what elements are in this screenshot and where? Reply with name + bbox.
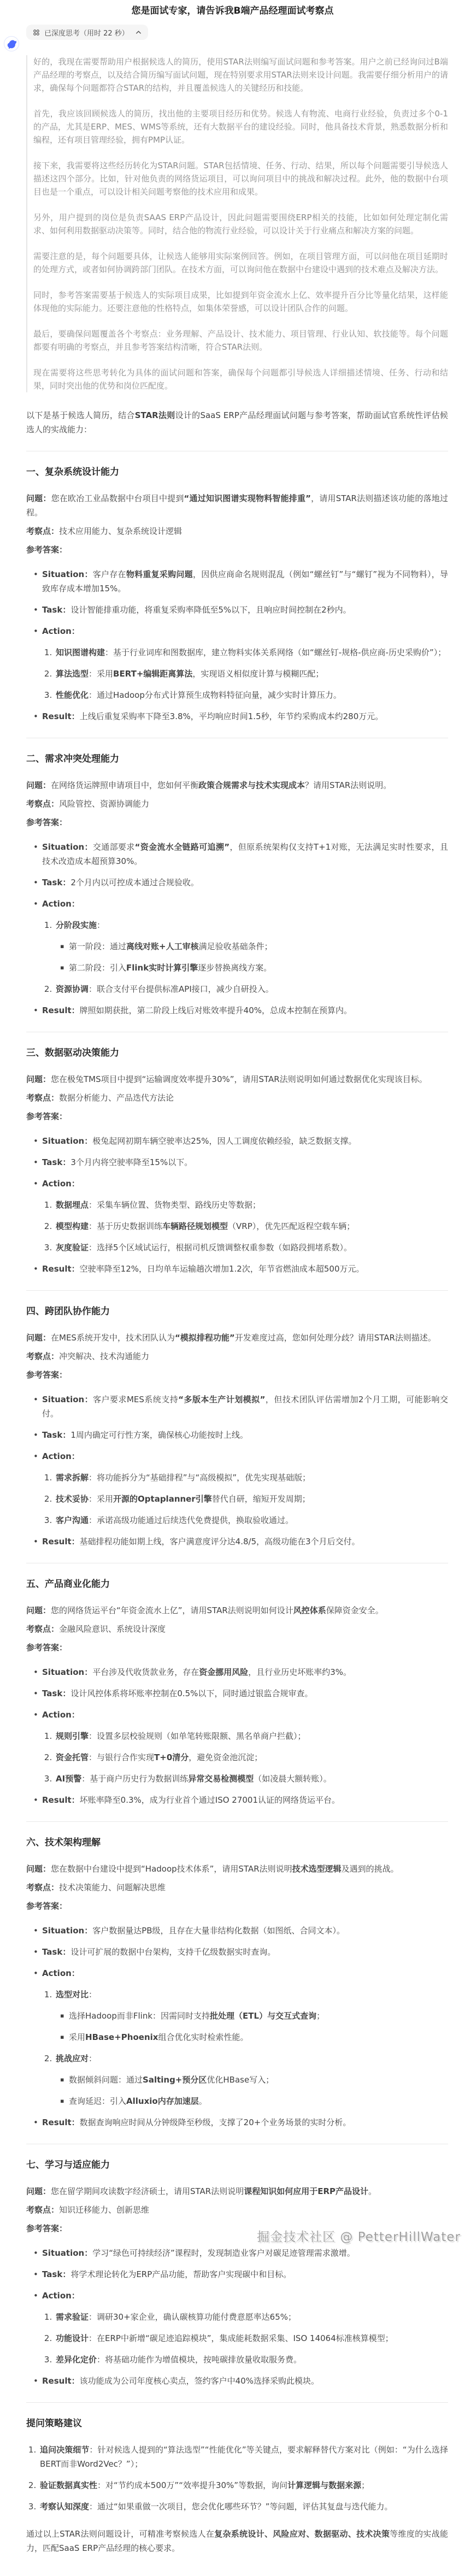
star-item: Task：设计可扩展的数据中台架构，支持千亿级数据实时查询。	[42, 1945, 448, 1959]
star-item: Action：分阶段实施：第一阶段：通过离线对账+人工审核满足验收基础条件；第二…	[42, 897, 448, 996]
star-list: Situation：极兔起网初期车辆空驶率达25%，因人工调度依赖经验，缺乏数据…	[26, 1134, 448, 1276]
answer-label: 参考答案：	[26, 1368, 448, 1382]
thinking-paragraph: 同时，参考答案需要基于候选人的实际项目成果，比如提到年资金流水上亿、效率提升百分…	[33, 289, 448, 315]
sub-item: 第一阶段：通过离线对账+人工审核满足验收基础条件；	[69, 939, 448, 954]
action-list: 规则引擎：设置多层校验规则（如单笔转账限额、黑名单商户拦截）；资金托管：与银行合…	[42, 1729, 448, 1786]
star-item: Situation：交通部要求“资金流水全链路可追溯”，但原系统架构仅支持T+1…	[42, 840, 448, 868]
action-item: 选型对比：选择Hadoop而非Flink：因需同时支持批处理（ETL）与交互式查…	[55, 1987, 448, 2044]
section-heading: 六、技术架构理解	[26, 1836, 448, 1849]
sub-item: 第二阶段：引入Flink实时计算引擎逐步替换离线方案。	[69, 961, 448, 975]
action-list: 数据埋点：采集车辆位置、货物类型、路线历史等数据；模型构建：基于历史数据训练车辆…	[42, 1198, 448, 1255]
focus-line: 考察点：技术决策能力、问题解决思维	[26, 1880, 448, 1895]
action-item: 挑战应对：数据倾斜问题：通过Salting+预分区优化HBase写入；查询延迟：…	[55, 2051, 448, 2108]
question-line: 问题：您的网络货运平台“年资金流水上亿”，请用STAR法则说明如何设计风控体系保…	[26, 1603, 448, 1618]
star-list: Situation：平台涉及代收货款业务，存在资金挪用风险，且行业历史坏账率约3…	[26, 1665, 448, 1807]
section-heading: 四、跨团队协作能力	[26, 1305, 448, 1318]
focus-line: 考察点：技术应用能力、复杂系统设计逻辑	[26, 524, 448, 538]
star-item: Action：规则引擎：设置多层校验规则（如单笔转账限额、黑名单商户拦截）；资金…	[42, 1708, 448, 1786]
star-item: Result：基础排程功能如期上线，客户满意度评分达4.8/5，高级功能在3个月…	[42, 1534, 448, 1549]
action-item: AI预警：基于商户历史行为数据训练异常交易检测模型（如凌晨大额转账）。	[55, 1772, 448, 1786]
section-heading: 三、数据驱动决策能力	[26, 1046, 448, 1060]
deepthink-icon	[33, 29, 40, 36]
action-item: 算法选型：采用BERT+编辑距离算法，实现语义相似度计算与模糊匹配；	[55, 667, 448, 681]
chevron-up-icon	[136, 30, 142, 36]
question-line: 问题：您在留学期间攻读数字经济硕士，请用STAR法则说明课程知识如何应用于ERP…	[26, 2184, 448, 2198]
action-list: 需求拆解：将功能拆分为“基础排程”与“高级模拟”，优先实现基础版；技术妥协：采用…	[42, 1471, 448, 1527]
star-item: Result：牌照如期获批，第二阶段上线后对账效率提升40%，总成本控制在预算内…	[42, 1003, 448, 1018]
star-item: Situation：客户数据量达PB级，且存在大量非结构化数据（如图纸、合同文本…	[42, 1924, 448, 1938]
section-divider	[26, 738, 448, 738]
action-list: 分阶段实施：第一阶段：通过离线对账+人工审核满足验收基础条件；第二阶段：引入Fl…	[42, 918, 448, 996]
deep-thought-toggle[interactable]: 已深度思考（用时 22 秒）	[26, 25, 148, 40]
thinking-block: 好的，我现在需要帮助用户根据候选人的简历，使用STAR法则编写面试问题和参考答案…	[26, 55, 448, 392]
section-divider	[26, 2144, 448, 2144]
action-item: 需求拆解：将功能拆分为“基础排程”与“高级模拟”，优先实现基础版；	[55, 1471, 448, 1485]
action-item: 差异化定价：将基础功能作为增值模块，按吨碳排放量收取服务费。	[55, 2352, 448, 2367]
user-question-title: 您是面试专家，请告诉我B端产品经理面试考察点	[0, 0, 465, 17]
star-item: Action：选型对比：选择Hadoop而非Flink：因需同时支持批处理（ET…	[42, 1966, 448, 2108]
action-item: 功能设计：在ERP中新增“碳足迹追踪模块”，集成能耗数据采集、ISO 14064…	[55, 2331, 448, 2345]
star-item: Task：将学术理论转化为ERP产品功能，帮助客户实现碳中和目标。	[42, 2267, 448, 2281]
question-line: 问题：在MES系统开发中，技术团队认为“模拟排程功能”开发难度过高，您如何处理分…	[26, 1331, 448, 1345]
star-item: Situation：极兔起网初期车辆空驶率达25%，因人工调度依赖经验，缺乏数据…	[42, 1134, 448, 1148]
section-divider	[26, 1563, 448, 1563]
deep-thought-label: 已深度思考（用时 22 秒）	[44, 27, 129, 38]
action-item: 技术妥协：采用开源的Optaplanner引擎替代自研，缩短开发周期；	[55, 1492, 448, 1506]
sub-item: 数据倾斜问题：通过Salting+预分区优化HBase写入；	[69, 2073, 448, 2087]
thinking-paragraph: 另外，用户提到的岗位是负责SAAS ERP产品设计，因此问题需要围绕ERP相关的…	[33, 211, 448, 237]
star-item: Task：设计风控体系将坏账率控制在0.5%以下，同时通过银监合规审查。	[42, 1686, 448, 1701]
action-item: 数据埋点：采集车辆位置、货物类型、路线历史等数据；	[55, 1198, 448, 1212]
star-item: Action：需求验证：调研30+家企业，确认碳核算功能付费意愿率达65%；功能…	[42, 2289, 448, 2367]
thinking-paragraph: 最后，要确保问题覆盖各个考察点：业务理解、产品设计、技术能力、项目管理、行业认知…	[33, 327, 448, 354]
action-item: 需求验证：调研30+家企业，确认碳核算功能付费意愿率达65%；	[55, 2310, 448, 2324]
thinking-paragraph: 接下来，我需要将这些经历转化为STAR问题。STAR包括情境、任务、行动、结果，…	[33, 159, 448, 198]
action-item: 规则引擎：设置多层校验规则（如单笔转账限额、黑名单商户拦截）；	[55, 1729, 448, 1743]
sub-item: 选择Hadoop而非Flink：因需同时支持批处理（ETL）与交互式查询；	[69, 2009, 448, 2023]
question-line: 问题：在网络货运牌照申请项目中，您如何平衡政策合规需求与技术实现成本？请用STA…	[26, 778, 448, 792]
star-list: Situation：客户要求MES系统支持“多版本生产计划模拟”，但技术团队评估…	[26, 1392, 448, 1549]
section-divider	[26, 1821, 448, 1822]
question-line: 问题：您在数据中台建设中提到“Hadoop技术体系”，请用STAR法则说明技术选…	[26, 1862, 448, 1876]
focus-line: 考察点：冲突解决、技术沟通能力	[26, 1349, 448, 1363]
closing-paragraph: 通过以上STAR法则问题设计，可精准考察候选人在复杂系统设计、风险应对、数据驱动…	[26, 2527, 448, 2555]
action-item: 灰度验证：选择5个区域试运行，根据司机反馈调整权重参数（如路段拥堵系数）。	[55, 1240, 448, 1255]
star-item: Task：1周内确定可行性方案，确保核心功能按时上线。	[42, 1428, 448, 1442]
star-item: Action：数据埋点：采集车辆位置、货物类型、路线历史等数据；模型构建：基于历…	[42, 1177, 448, 1255]
thinking-paragraph: 好的，我现在需要帮助用户根据候选人的简历，使用STAR法则编写面试问题和参考答案…	[33, 55, 448, 95]
section-heading: 一、复杂系统设计能力	[26, 466, 448, 479]
action-list: 知识图谱构建：基于行业词库和图数据库，建立物料实体关系网络（如“螺丝钉-规格-供…	[42, 645, 448, 702]
star-item: Task：2个月内以可控成本通过合规验收。	[42, 875, 448, 890]
star-item: Situation：学习“绿色可持续经济”课程时，发现制造业客户对碳足迹管理需求…	[42, 2246, 448, 2260]
star-item: Task：3个月内将空驶率降至15%以下。	[42, 1155, 448, 1169]
sub-list: 数据倾斜问题：通过Salting+预分区优化HBase写入；查询延迟：引入All…	[56, 2073, 448, 2108]
star-item: Result：空驶率降至12%，日均单车运输趟次增加1.2次，年节省燃油成本超5…	[42, 1262, 448, 1276]
answer-label: 参考答案：	[26, 1899, 448, 1913]
question-line: 问题：您在欧冶工业品数据中台项目中提到“通过知识图谱实现物料智能排重”，请用ST…	[26, 491, 448, 520]
star-item: Situation：客户要求MES系统支持“多版本生产计划模拟”，但技术团队评估…	[42, 1392, 448, 1421]
assistant-avatar	[4, 36, 19, 51]
answer-label: 参考答案：	[26, 543, 448, 557]
strategy-item: 验证数据真实性：对“节约成本500万”“效率提升30%”等数据，询问计算逻辑与数…	[39, 2478, 448, 2492]
action-item: 模型构建：基于历史数据训练车辆路径规划模型（VRP），优先匹配返程空载车辆；	[55, 1219, 448, 1233]
action-item: 分阶段实施：第一阶段：通过离线对账+人工审核满足验收基础条件；第二阶段：引入Fl…	[55, 918, 448, 975]
focus-line: 考察点：风险管控、资源协调能力	[26, 797, 448, 811]
section-heading: 五、产品商业化能力	[26, 1578, 448, 1591]
star-item: Action：知识图谱构建：基于行业词库和图数据库，建立物料实体关系网络（如“螺…	[42, 624, 448, 702]
sub-list: 第一阶段：通过离线对账+人工审核满足验收基础条件；第二阶段：引入Flink实时计…	[56, 939, 448, 975]
star-item: Result：该功能成为公司年度核心卖点，签约客户中40%选择采购此模块。	[42, 2374, 448, 2388]
focus-line: 考察点：金融风险意识、系统设计深度	[26, 1622, 448, 1636]
star-item: Situation：客户存在物料重复采购问题，因供应商命名规则混乱（例如“螺丝钉…	[42, 567, 448, 596]
strategy-item: 追问决策细节：针对候选人提到的“算法选型”“性能优化”等关键点，要求解释替代方案…	[39, 2443, 448, 2471]
sub-item: 查询延迟：引入Alluxio内存加速层。	[69, 2094, 448, 2108]
section-heading: 二、需求冲突处理能力	[26, 752, 448, 766]
sub-item: 采用HBase+Phoenix组合优化实时检索性能。	[69, 2030, 448, 2044]
action-item: 资金托管：与银行合作实现T+0清分，避免资金池沉淀；	[55, 1750, 448, 1765]
action-item: 性能优化：通过Hadoop分布式计算预生成物料特征向量，减少实时计算压力。	[55, 688, 448, 702]
star-item: Situation：平台涉及代收货款业务，存在资金挪用风险，且行业历史坏账率约3…	[42, 1665, 448, 1679]
strategy-list: 追问决策细节：针对候选人提到的“算法选型”“性能优化”等关键点，要求解释替代方案…	[26, 2443, 448, 2514]
question-line: 问题：您在极兔TMS项目中提到“运输调度效率提升30%”，请用STAR法则说明如…	[26, 1072, 448, 1086]
section-divider	[26, 2402, 448, 2403]
action-item: 客户沟通：承诺高级功能通过后续迭代免费提供，换取验收通过。	[55, 1513, 448, 1527]
star-list: Situation：客户数据量达PB级，且存在大量非结构化数据（如图纸、合同文本…	[26, 1924, 448, 2130]
section-divider	[26, 1290, 448, 1291]
action-item: 资源协调：联合支付平台提供标准API接口，减少自研投入。	[55, 982, 448, 996]
action-list: 需求验证：调研30+家企业，确认碳核算功能付费意愿率达65%；功能设计：在ERP…	[42, 2310, 448, 2367]
section-divider	[26, 1032, 448, 1032]
answer-label: 参考答案：	[26, 2221, 448, 2236]
strategy-item: 考察认知深度：通过“如果重做一次项目，您会优化哪些环节？”等问题，评估其复盘与迭…	[39, 2499, 448, 2514]
star-item: Action：需求拆解：将功能拆分为“基础排程”与“高级模拟”，优先实现基础版；…	[42, 1449, 448, 1527]
action-list: 选型对比：选择Hadoop而非Flink：因需同时支持批处理（ETL）与交互式查…	[42, 1987, 448, 2108]
star-item: Result：数据查询响应时间从分钟级降至秒级，支撑了20+个业务场景的实时分析…	[42, 2115, 448, 2130]
focus-line: 考察点：知识迁移能力、创新思维	[26, 2203, 448, 2217]
answer-body: 以下是基于候选人简历，结合STAR法则设计的SaaS ERP产品经理面试问题与参…	[26, 408, 448, 2555]
assistant-message: 已深度思考（用时 22 秒） 好的，我现在需要帮助用户根据候选人的简历，使用ST…	[0, 17, 465, 2576]
action-item: 知识图谱构建：基于行业词库和图数据库，建立物料实体关系网络（如“螺丝钉-规格-供…	[55, 645, 448, 660]
answer-intro: 以下是基于候选人简历，结合STAR法则设计的SaaS ERP产品经理面试问题与参…	[26, 408, 448, 437]
star-item: Task：设计智能排重功能，将重复采购率降低至5%以下，且响应时间控制在2秒内。	[42, 603, 448, 617]
star-item: Result：上线后重复采购率下降至3.8%，平均响应时间1.5秒，年节约采购成…	[42, 709, 448, 724]
deepseek-whale-icon	[7, 39, 17, 49]
answer-label: 参考答案：	[26, 1640, 448, 1655]
star-list: Situation：交通部要求“资金流水全链路可追溯”，但原系统架构仅支持T+1…	[26, 840, 448, 1018]
chat-page: 您是面试专家，请告诉我B端产品经理面试考察点 已深度思考（用时 22 秒） 好的…	[0, 0, 465, 2576]
thinking-paragraph: 首先，我应该回顾候选人的简历，找出他的主要项目经历和优势。候选人有物流、电商行业…	[33, 107, 448, 146]
answer-label: 参考答案：	[26, 815, 448, 830]
strategy-heading: 提问策略建议	[26, 2417, 448, 2430]
section-divider	[26, 451, 448, 451]
sub-list: 选择Hadoop而非Flink：因需同时支持批处理（ETL）与交互式查询；采用H…	[56, 2009, 448, 2044]
star-list: Situation：客户存在物料重复采购问题，因供应商命名规则混乱（例如“螺丝钉…	[26, 567, 448, 724]
answer-label: 参考答案：	[26, 1109, 448, 1124]
thinking-paragraph: 需要注意的是，每个问题要具体，让候选人能够用实际案例回答。例如，在项目管理方面，…	[33, 250, 448, 276]
star-item: Result：坏账率降至0.3%，成为行业首个通过ISO 27001认证的网络货…	[42, 1793, 448, 1807]
star-list: Situation：学习“绿色可持续经济”课程时，发现制造业客户对碳足迹管理需求…	[26, 2246, 448, 2388]
thinking-paragraph: 现在需要将这些思考转化为具体的面试问题和答案，确保每个问题都引导候选人详细描述情…	[33, 366, 448, 392]
section-heading: 七、学习与适应能力	[26, 2159, 448, 2172]
focus-line: 考察点：数据分析能力、产品迭代方法论	[26, 1091, 448, 1105]
